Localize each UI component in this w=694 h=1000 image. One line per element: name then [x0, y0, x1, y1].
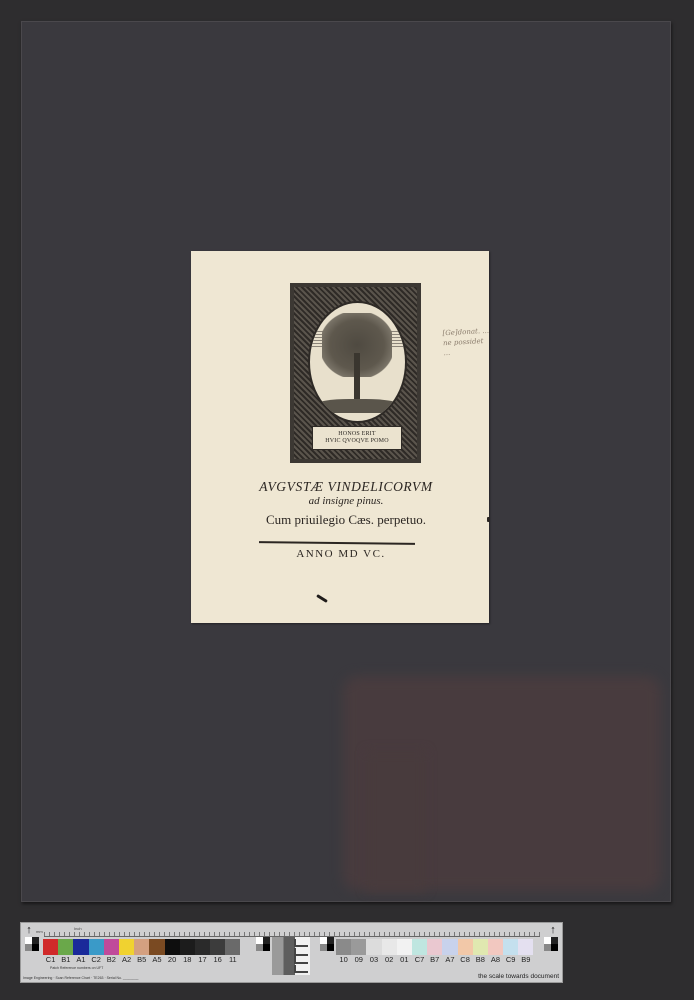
patch-label: A1 [73, 955, 88, 964]
woodcut-printer-device: HONOS ERIT HVIC QVOQVE POMO [290, 283, 421, 463]
imprint-block: AVGVSTÆ VINDELICORVM ad insigne pinus. C… [231, 479, 461, 529]
patch-a5 [149, 939, 164, 955]
patch-02 [382, 939, 397, 955]
patch-label: 10 [336, 955, 351, 964]
resolution-target-icons [294, 939, 308, 973]
gray-pastel-patch-row [336, 939, 533, 955]
ruler-unit-mm: mm [36, 929, 43, 934]
patch-label: B7 [427, 955, 442, 964]
resolution-icon [294, 965, 308, 973]
patch-18 [180, 939, 195, 955]
patch-c8 [458, 939, 473, 955]
title-page: HONOS ERIT HVIC QVOQVE POMO [Ge]donat. .… [191, 251, 489, 623]
patch-label: B5 [134, 955, 149, 964]
patch-label: 02 [382, 955, 397, 964]
patch-label: 01 [397, 955, 412, 964]
motto-line-2: HVIC QVOQVE POMO [325, 438, 389, 445]
chart-footer-left: Image Engineering · Scan Reference Chart… [23, 976, 139, 980]
patch-17 [195, 939, 210, 955]
patch-b1 [58, 939, 73, 955]
imprint-sign: ad insigne pinus. [231, 494, 461, 508]
gray-key-mid-right [320, 937, 334, 951]
patch-label: 18 [180, 955, 195, 964]
patch-label: 20 [165, 955, 180, 964]
gray-key-right [544, 937, 558, 951]
patch-09 [351, 939, 366, 955]
resolution-icon [294, 948, 308, 956]
patch-a2 [119, 939, 134, 955]
patch-01 [397, 939, 412, 955]
patch-label: 09 [351, 955, 366, 964]
patch-b2 [104, 939, 119, 955]
edge-mark [487, 517, 490, 522]
tree-trunk [354, 353, 360, 403]
patch-label: 17 [195, 955, 210, 964]
imprint-privilege: Cum priuilegio Cæs. perpetuo. [231, 511, 461, 529]
measurement-ruler: mm Inch [44, 926, 540, 937]
patch-c2 [89, 939, 104, 955]
resolution-icon [294, 939, 308, 947]
patch-label: A8 [488, 955, 503, 964]
patch-16 [210, 939, 225, 955]
patch-11 [225, 939, 240, 955]
board-stain-shadow [366, 751, 426, 891]
arrow-up-icon: ↑ [548, 924, 558, 936]
patch-b7 [427, 939, 442, 955]
patch-label: C8 [458, 955, 473, 964]
patch-label: 03 [366, 955, 381, 964]
tree-illustration [308, 301, 407, 423]
patch-10 [336, 939, 351, 955]
patch-label: C2 [89, 955, 104, 964]
patch-label: A5 [149, 955, 164, 964]
patch-label: A7 [442, 955, 457, 964]
gray-key-left [25, 937, 39, 951]
horizontal-rule [259, 541, 415, 544]
patch-c7 [412, 939, 427, 955]
patch-label: B9 [518, 955, 533, 964]
patch-label: C1 [43, 955, 58, 964]
color-patch-labels: C1 B1 A1 C2 B2 A2 B5 A5 20 18 17 16 11 [43, 955, 240, 964]
patch-label: 16 [210, 955, 225, 964]
patch-a8 [488, 939, 503, 955]
ground [316, 399, 399, 413]
patch-a1 [73, 939, 88, 955]
color-patch-row [43, 939, 240, 955]
patch-label: 11 [225, 955, 240, 964]
imprint-year: ANNO MD VC. [281, 548, 401, 560]
patch-label: B2 [104, 955, 119, 964]
patch-a7 [442, 939, 457, 955]
patch-c1 [43, 939, 58, 955]
gray-pastel-patch-labels: 10 09 03 02 01 C7 B7 A7 C8 B8 A8 C9 B9 [336, 955, 533, 964]
patch-label: B8 [473, 955, 488, 964]
patch-b5 [134, 939, 149, 955]
patch-03 [366, 939, 381, 955]
imprint-city: AVGVSTÆ VINDELICORVM [231, 479, 461, 494]
patch-label: C9 [503, 955, 518, 964]
gray-key-mid-left [256, 937, 270, 951]
patch-c9 [503, 939, 518, 955]
ruler-unit-inch: Inch [74, 926, 82, 931]
patch-label: A2 [119, 955, 134, 964]
patch-reference-note: Patch Reference numbers on UFT [50, 966, 103, 970]
motto-cartouche: HONOS ERIT HVIC QVOQVE POMO [312, 426, 402, 450]
handwritten-margin-note: [Ge]donat. ... ne possidet ... [442, 326, 492, 358]
ink-mark [316, 594, 328, 603]
resolution-icon [294, 956, 308, 964]
margin-note-line-2: ne possidet ... [443, 336, 492, 358]
patch-b9 [518, 939, 533, 955]
arrow-up-icon: ↑ [24, 924, 34, 936]
patch-b8 [473, 939, 488, 955]
patch-label: B1 [58, 955, 73, 964]
motto-line-1: HONOS ERIT [338, 431, 376, 438]
patch-20 [165, 939, 180, 955]
color-calibration-chart: ↑ ↑ mm Inch C1 B1 A1 C2 B2 A2 B5 A5 20 1… [20, 922, 563, 983]
patch-label: C7 [412, 955, 427, 964]
chart-footer-right: the scale towards document [478, 973, 559, 980]
